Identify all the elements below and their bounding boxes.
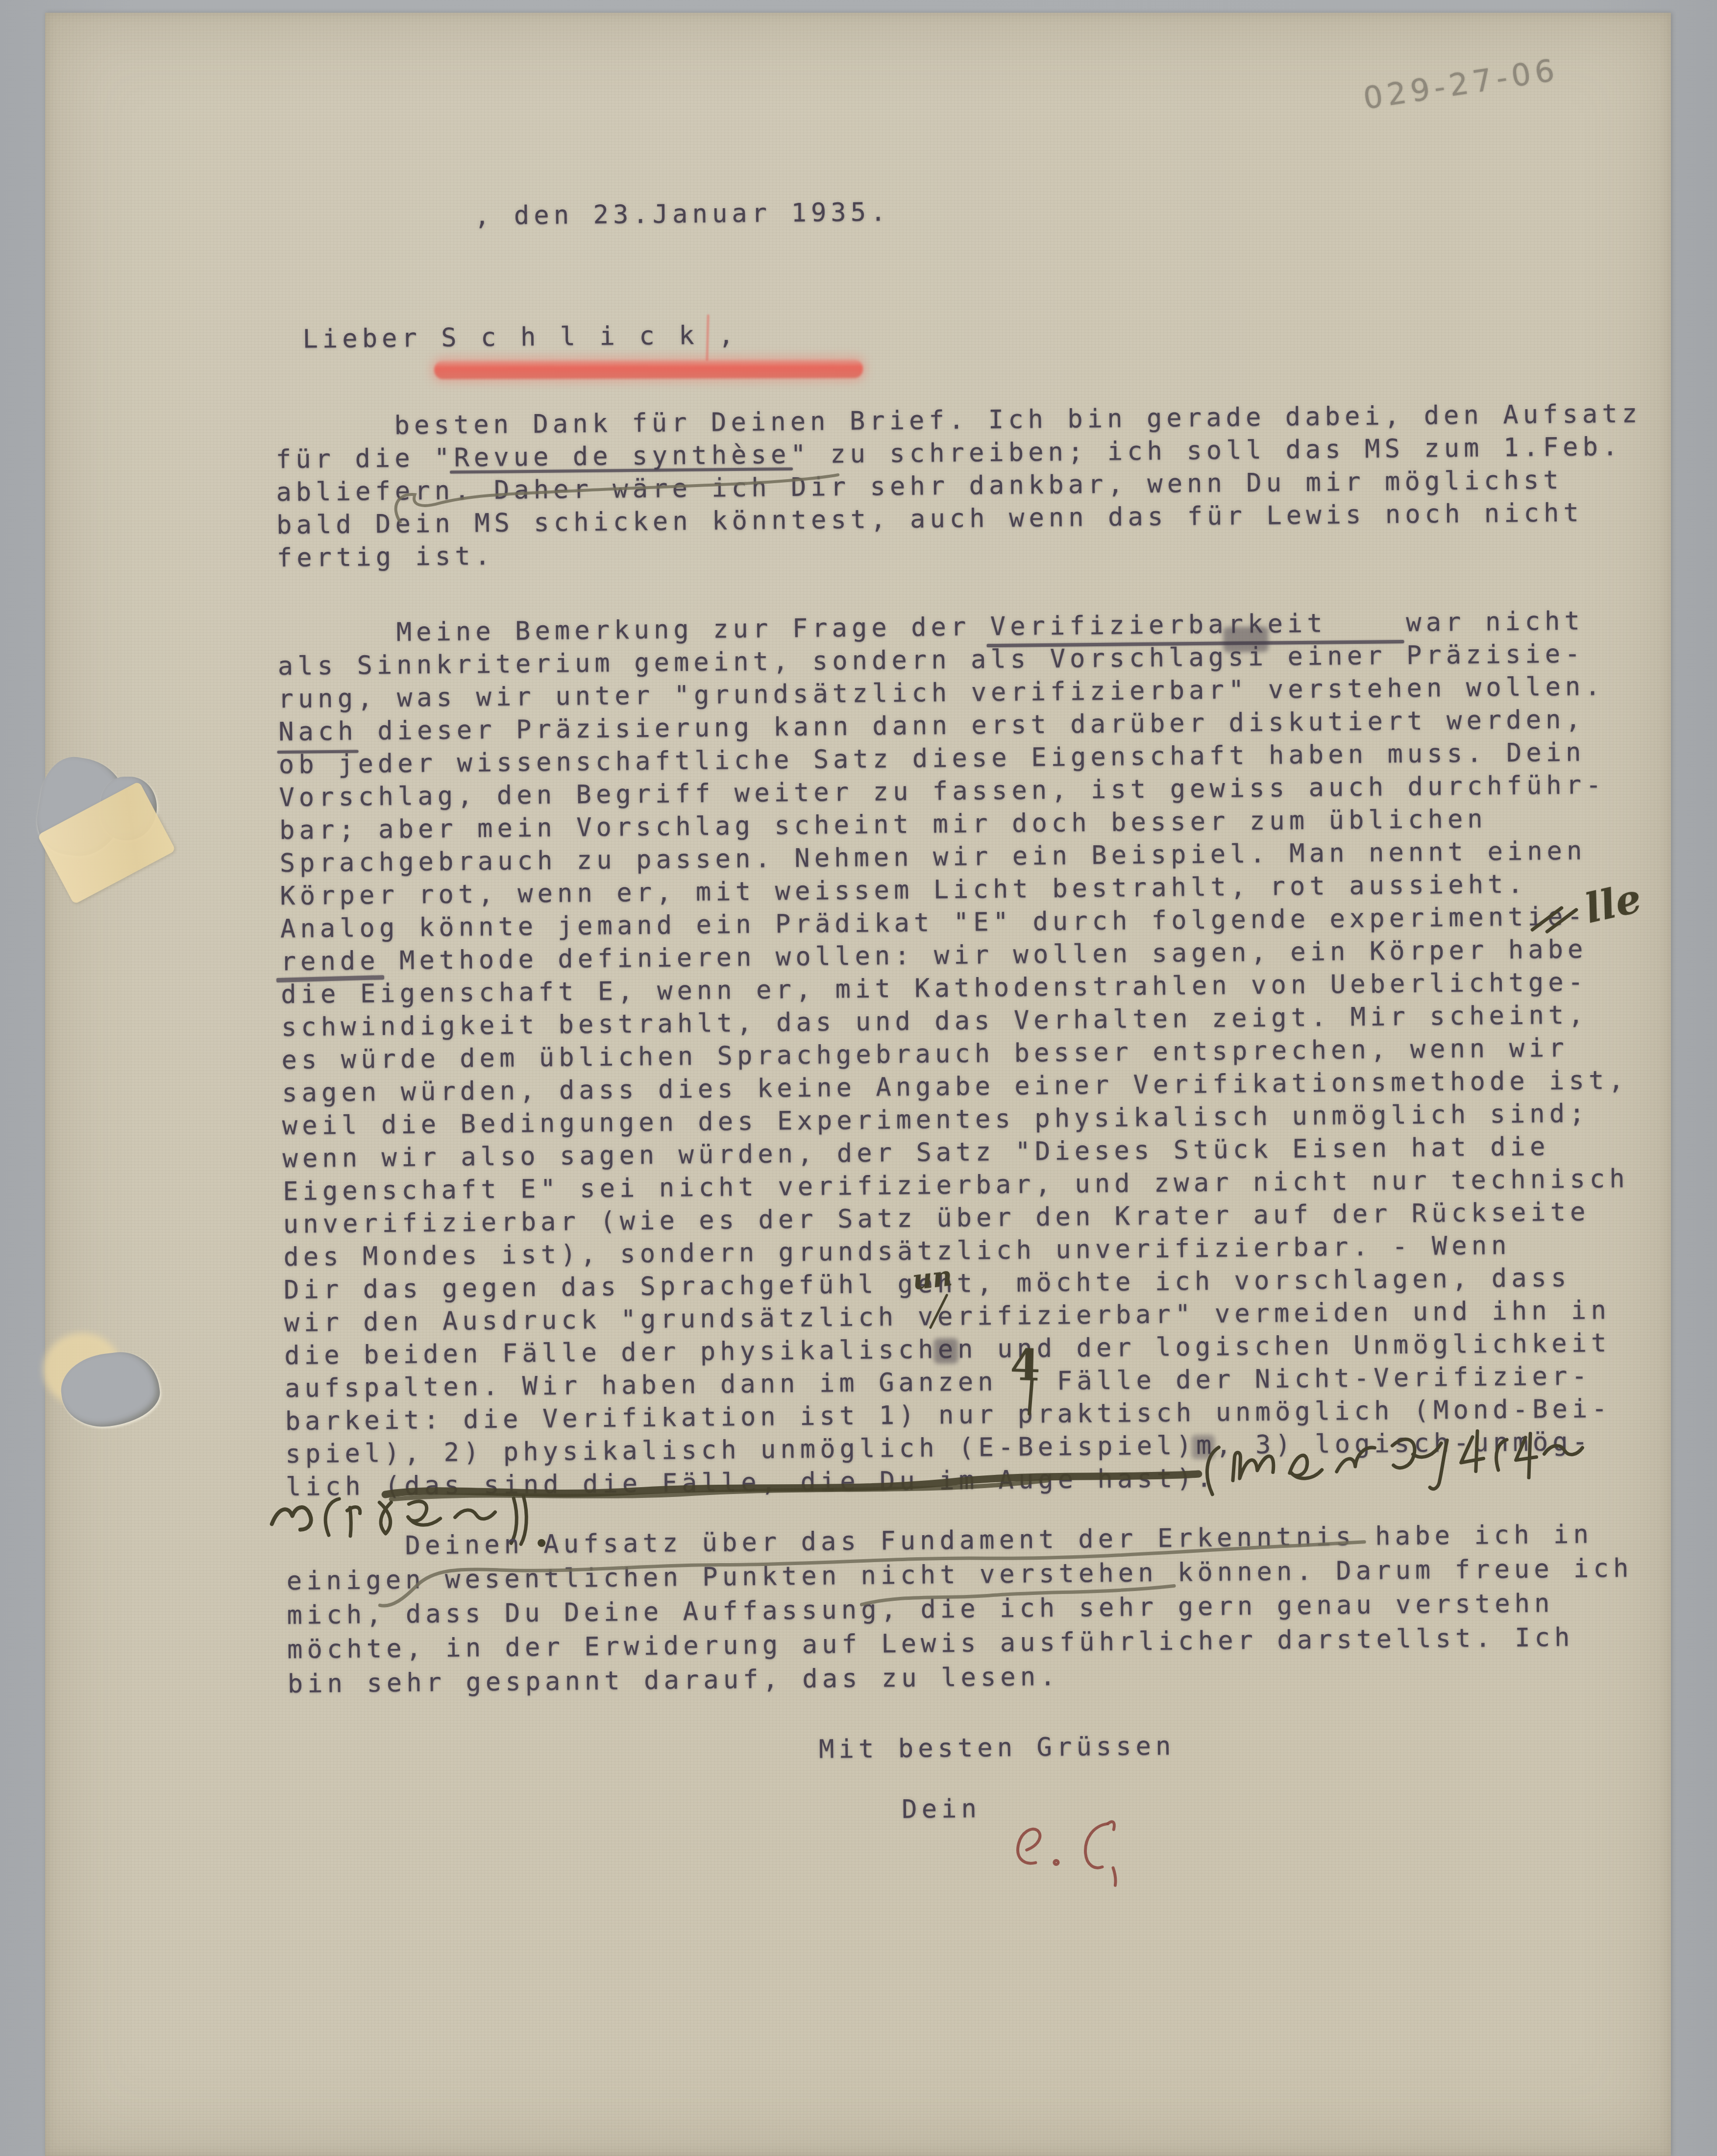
scanner-background: 029-27-06 , den 23.Januar 1935. Lieber S… [0, 0, 1717, 2156]
closing-line: Mit besten Grüssen [819, 1730, 1176, 1766]
paragraph-2: Meine Bemerkung zur Frage der Verifizier… [277, 605, 1632, 1504]
overtype-smear-vorschlag [1223, 627, 1268, 653]
insert-caret [925, 1291, 955, 1331]
shorthand-annotation-right [1198, 1422, 1571, 1509]
archival-number: 029-27-06 [1361, 51, 1561, 116]
signature [997, 1813, 1164, 1897]
overtype-smear-physikalisch [933, 1338, 958, 1364]
hand-number-4-descender [1025, 1379, 1040, 1419]
date-line: , den 23.Januar 1935. [474, 196, 890, 233]
letter-content: 029-27-06 , den 23.Januar 1935. Lieber S… [0, 0, 1717, 2156]
salutation: Lieber S c h l i c k , [302, 319, 738, 356]
wavy-underline-nicht-verstehen [857, 1578, 1180, 1615]
valediction: Dein [902, 1792, 981, 1826]
red-crayon-underline [434, 360, 863, 379]
pencil-wave-revue [386, 465, 852, 533]
